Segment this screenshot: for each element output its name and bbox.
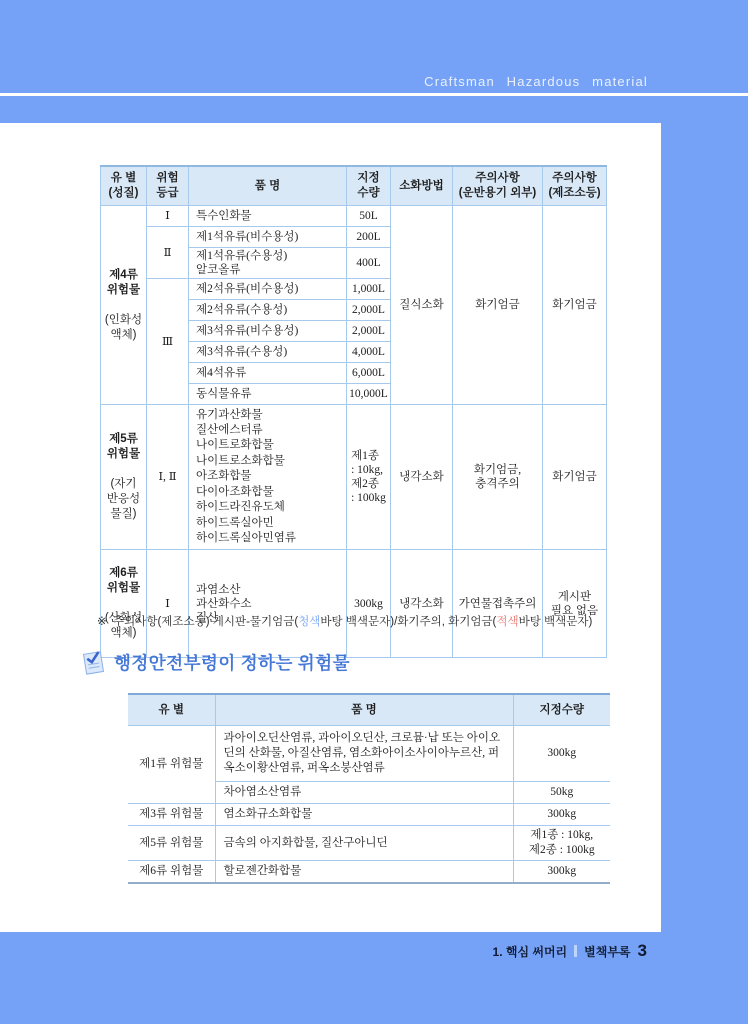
quantity-block: 제1종 : 10kg, 제2종 : 100kg [351, 449, 386, 505]
table-row: 제5류 위험물 금속의 아지화합물, 질산구아니딘 제1종 : 10kg, 제2… [128, 826, 610, 861]
footnote-marker: ※ [97, 616, 107, 628]
grade-cell: Ⅱ [147, 227, 189, 279]
product-cell: 염소화규소화합물 [215, 804, 513, 826]
table-row: 제1류 위험물 과아이오딘산염류, 과아이오딘산, 크로뮴·납 또는 아이오딘의… [128, 726, 610, 782]
quantity-cell: 1,000L [347, 279, 391, 300]
quantity-cell: 4,000L [347, 342, 391, 363]
class4-category-cell: 제4류 위험물 (인화성 액체) [101, 206, 147, 405]
table-row: 제6류 위험물 (산화성 액체) Ⅰ 과염소산 과산화수소 질산 300kg 냉… [101, 550, 607, 658]
col-header-category: 유 별 (성질) [101, 166, 147, 206]
product-cell: 제1석유류(비수용성) [189, 227, 347, 248]
class4-property: (인화성 액체) [103, 313, 144, 343]
footnote-blue-word: 청색 [298, 616, 320, 628]
warning-facility-cell: 게시판 필요 없음 [543, 550, 607, 658]
quantity-cell: 2,000L [347, 300, 391, 321]
footer-page-number: 3 [638, 941, 647, 961]
category-cell: 제6류 위험물 [128, 861, 215, 883]
footer-book-label: 별책부록 [584, 943, 630, 960]
col-header-warning-container: 주의사항 (운반용기 외부) [453, 166, 543, 206]
quantity-cell: 300kg [513, 726, 610, 782]
quantity-cell: 200L [347, 227, 391, 248]
product-cell: 동식물유류 [189, 384, 347, 405]
product-cell: 과아이오딘산염류, 과아이오딘산, 크로뮴·납 또는 아이오딘의 산화물, 아질… [215, 726, 513, 782]
warning-container-cell: 가연물접촉주의 [453, 550, 543, 658]
product-cell: 특수인화물 [189, 206, 347, 227]
table-row: 제3류 위험물 염소화규소화합물 300kg [128, 804, 610, 826]
quantity-cell: 제1종 : 10kg, 제2종 : 100kg [347, 405, 391, 550]
quantity-cell: 제1종 : 10kg, 제2종 : 100kg [513, 826, 610, 861]
section-heading: 행정안전부령이 정하는 위험물 [80, 650, 350, 675]
col-header-quantity: 지정수량 [513, 694, 610, 726]
footnote-red-word: 적색 [496, 616, 518, 628]
memo-check-icon [80, 651, 107, 675]
quantity-cell: 50L [347, 206, 391, 227]
product-cell: 제3석유류(비수용성) [189, 321, 347, 342]
warning-container-cell: 화기엄금 [453, 206, 543, 405]
col-header-product: 품 명 [215, 694, 513, 726]
warning-facility-cell: 화기엄금 [543, 405, 607, 550]
warning-container-cell: 화기엄금, 충격주의 [453, 405, 543, 550]
product-cell: 제2석유류(수용성) [189, 300, 347, 321]
product-cell: 차아염소산염류 [215, 782, 513, 804]
footnote-text-1: 주의사항(제조소등) 게시판-물기엄금( [113, 616, 298, 628]
quantity-cell: 300kg [347, 550, 391, 658]
extinguish-cell: 냉각소화 [391, 550, 453, 658]
table2-header-row: 유 별 품 명 지정수량 [128, 694, 610, 726]
col-header-product: 품 명 [189, 166, 347, 206]
quantity-cell: 300kg [513, 804, 610, 826]
book-page: Craftsman Hazardous material 유 별 (성질) 위험… [0, 0, 748, 1024]
quantity-cell: 2,000L [347, 321, 391, 342]
page-content: 유 별 (성질) 위험 등급 품 명 지정 수량 소화방법 주의사항 (운반용기… [0, 123, 661, 932]
hazmat-summary-table: 유 별 (성질) 위험 등급 품 명 지정 수량 소화방법 주의사항 (운반용기… [100, 165, 607, 658]
category-cell: 제3류 위험물 [128, 804, 215, 826]
product-cell: 제2석유류(비수용성) [189, 279, 347, 300]
footer-divider-bar [574, 945, 577, 957]
col-header-quantity: 지정 수량 [347, 166, 391, 206]
class6-name: 제6류 위험물 [103, 566, 144, 596]
table-row: 제5류 위험물 (자기 반응성 물질) Ⅰ, Ⅱ 유기과산화물 질산에스터류 나… [101, 405, 607, 550]
section-title: 행정안전부령이 정하는 위험물 [114, 650, 350, 675]
grade-cell: Ⅲ [147, 279, 189, 405]
grade-cell: Ⅰ [147, 206, 189, 227]
warning-facility-cell: 화기엄금 [543, 206, 607, 405]
class5-name: 제5류 위험물 [103, 432, 144, 462]
product-cell: 제1석유류(수용성) 알코올류 [189, 248, 347, 279]
product-cell: 유기과산화물 질산에스터류 나이트로화합물 나이트로소화합물 아조화합물 다이아… [189, 405, 347, 550]
product-cell: 제3석유류(수용성) [189, 342, 347, 363]
class5-property: (자기 반응성 물질) [103, 477, 144, 522]
table-row: 제4류 위험물 (인화성 액체) Ⅰ 특수인화물 50L 질식소화 화기엄금 화… [101, 206, 607, 227]
running-header: Craftsman Hazardous material [424, 74, 648, 89]
footer-section-label: 1. 핵심 써머리 [493, 943, 568, 960]
category-cell: 제5류 위험물 [128, 826, 215, 861]
product-cell: 과염소산 과산화수소 질산 [189, 550, 347, 658]
page-footer: 1. 핵심 써머리 별책부록 3 [493, 941, 647, 961]
grade-cell: Ⅰ, Ⅱ [147, 405, 189, 550]
footnote-text-2: 바탕 백색문자)/화기주의, 화기엄금( [320, 616, 496, 628]
category-cell: 제1류 위험물 [128, 726, 215, 804]
product-cell: 금속의 아지화합물, 질산구아니딘 [215, 826, 513, 861]
quantity-cell: 10,000L [347, 384, 391, 405]
quantity-cell: 400L [347, 248, 391, 279]
class4-name: 제4류 위험물 [103, 268, 144, 298]
extinguish-cell: 질식소화 [391, 206, 453, 405]
col-header-grade: 위험 등급 [147, 166, 189, 206]
col-header-category: 유 별 [128, 694, 215, 726]
product-cell: 제4석유류 [189, 363, 347, 384]
footnote-text-3: 바탕 백색문자) [519, 616, 593, 628]
header-divider-line [0, 93, 748, 96]
ministry-designated-table: 유 별 품 명 지정수량 제1류 위험물 과아이오딘산염류, 과아이오딘산, 크… [128, 693, 610, 884]
quantity-cell: 50kg [513, 782, 610, 804]
table1-header-row: 유 별 (성질) 위험 등급 품 명 지정 수량 소화방법 주의사항 (운반용기… [101, 166, 607, 206]
extinguish-cell: 냉각소화 [391, 405, 453, 550]
grade-cell: Ⅰ [147, 550, 189, 658]
class5-category-cell: 제5류 위험물 (자기 반응성 물질) [101, 405, 147, 550]
quantity-cell: 6,000L [347, 363, 391, 384]
col-header-warning-facility: 주의사항 (제조소등) [543, 166, 607, 206]
product-cell: 할로젠간화합물 [215, 861, 513, 883]
col-header-extinguish: 소화방법 [391, 166, 453, 206]
table-row: 제6류 위험물 할로젠간화합물 300kg [128, 861, 610, 883]
quantity-cell: 300kg [513, 861, 610, 883]
footnote: ※ 주의사항(제조소등) 게시판-물기엄금(청색바탕 백색문자)/화기주의, 화… [97, 613, 653, 629]
class6-category-cell: 제6류 위험물 (산화성 액체) [101, 550, 147, 658]
